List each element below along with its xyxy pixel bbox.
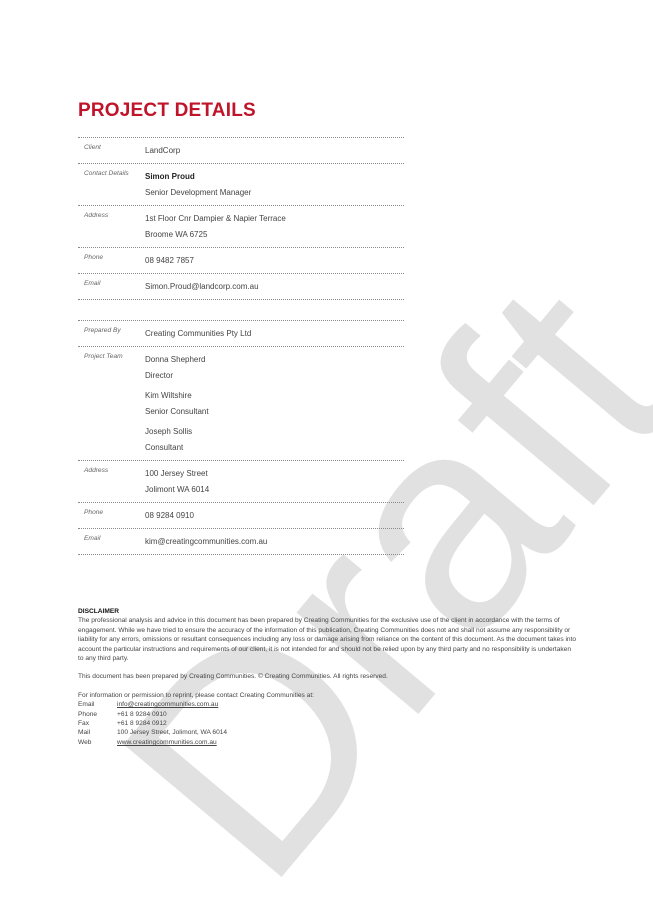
- client-details-table: Client LandCorp Contact Details Simon Pr…: [78, 137, 404, 300]
- table-row-address: Address 1st Floor Cnr Dampier & Napier T…: [78, 205, 404, 247]
- address-line: Jolimont WA 6014: [145, 482, 404, 498]
- team-member-role: Senior Consultant: [145, 404, 404, 420]
- contact-label: Email: [78, 700, 117, 709]
- disclaimer-body: The professional analysis and advice in …: [78, 616, 578, 663]
- contact-phone: +61 8 9284 0910: [117, 710, 578, 719]
- contact-fax: +61 8 9284 0912: [117, 719, 578, 728]
- team-member-name: Donna Shepherd: [145, 352, 404, 368]
- team-member-name: Kim Wiltshire: [145, 388, 404, 404]
- phone-value: 08 9482 7857: [145, 253, 404, 269]
- table-row-client: Client LandCorp: [78, 137, 404, 163]
- disclaimer-heading: DISCLAIMER: [78, 607, 578, 616]
- table-row-contact: Contact Details Simon Proud Senior Devel…: [78, 163, 404, 205]
- row-label: Email: [78, 529, 145, 554]
- address-line: 1st Floor Cnr Dampier & Napier Terrace: [145, 211, 404, 227]
- table-row-phone: Phone 08 9284 0910: [78, 502, 404, 528]
- table-row-phone: Phone 08 9482 7857: [78, 247, 404, 273]
- row-label: Contact Details: [78, 164, 145, 205]
- row-label: Client: [78, 138, 145, 163]
- page-title: PROJECT DETAILS: [78, 100, 256, 122]
- phone-value: 08 9284 0910: [145, 508, 404, 524]
- prepared-by-table: Prepared By Creating Communities Pty Ltd…: [78, 320, 404, 555]
- contact-list: Email info@creatingcommunities.com.au Ph…: [78, 700, 578, 747]
- row-label: Phone: [78, 503, 145, 528]
- contact-intro: For information or permission to reprint…: [78, 691, 578, 700]
- contact-label: Web: [78, 738, 117, 747]
- email-value[interactable]: kim@creatingcommunities.com.au: [145, 534, 404, 550]
- prepared-by-value: Creating Communities Pty Ltd: [145, 326, 404, 342]
- team-member-role: Consultant: [145, 440, 404, 456]
- email-value[interactable]: Simon.Proud@landcorp.com.au: [145, 279, 404, 295]
- contact-web-link[interactable]: www.creatingcommunities.com.au: [117, 738, 578, 747]
- table-row-project-team: Project Team Donna Shepherd Director Kim…: [78, 346, 404, 460]
- table-row-address: Address 100 Jersey Street Jolimont WA 60…: [78, 460, 404, 502]
- row-label: Prepared By: [78, 321, 145, 346]
- contact-email-link[interactable]: info@creatingcommunities.com.au: [117, 700, 578, 709]
- contact-name: Simon Proud: [145, 169, 404, 185]
- address-line: 100 Jersey Street: [145, 466, 404, 482]
- contact-label: Phone: [78, 710, 117, 719]
- contact-title: Senior Development Manager: [145, 185, 404, 201]
- table-row-email: Email Simon.Proud@landcorp.com.au: [78, 273, 404, 300]
- copyright-notice: This document has been prepared by Creat…: [78, 672, 578, 681]
- team-member-name: Joseph Sollis: [145, 424, 404, 440]
- contact-mail: 100 Jersey Street, Jolimont, WA 6014: [117, 728, 578, 737]
- row-label: Phone: [78, 248, 145, 273]
- contact-label: Fax: [78, 719, 117, 728]
- address-line: Broome WA 6725: [145, 227, 404, 243]
- row-label: Address: [78, 206, 145, 247]
- row-label: Project Team: [78, 347, 145, 460]
- client-name: LandCorp: [145, 143, 404, 159]
- row-label: Email: [78, 274, 145, 299]
- table-row-email: Email kim@creatingcommunities.com.au: [78, 528, 404, 555]
- disclaimer-section: DISCLAIMER The professional analysis and…: [78, 607, 578, 747]
- table-row-prepared-by: Prepared By Creating Communities Pty Ltd: [78, 320, 404, 346]
- contact-label: Mail: [78, 728, 117, 737]
- row-label: Address: [78, 461, 145, 502]
- team-member-role: Director: [145, 368, 404, 384]
